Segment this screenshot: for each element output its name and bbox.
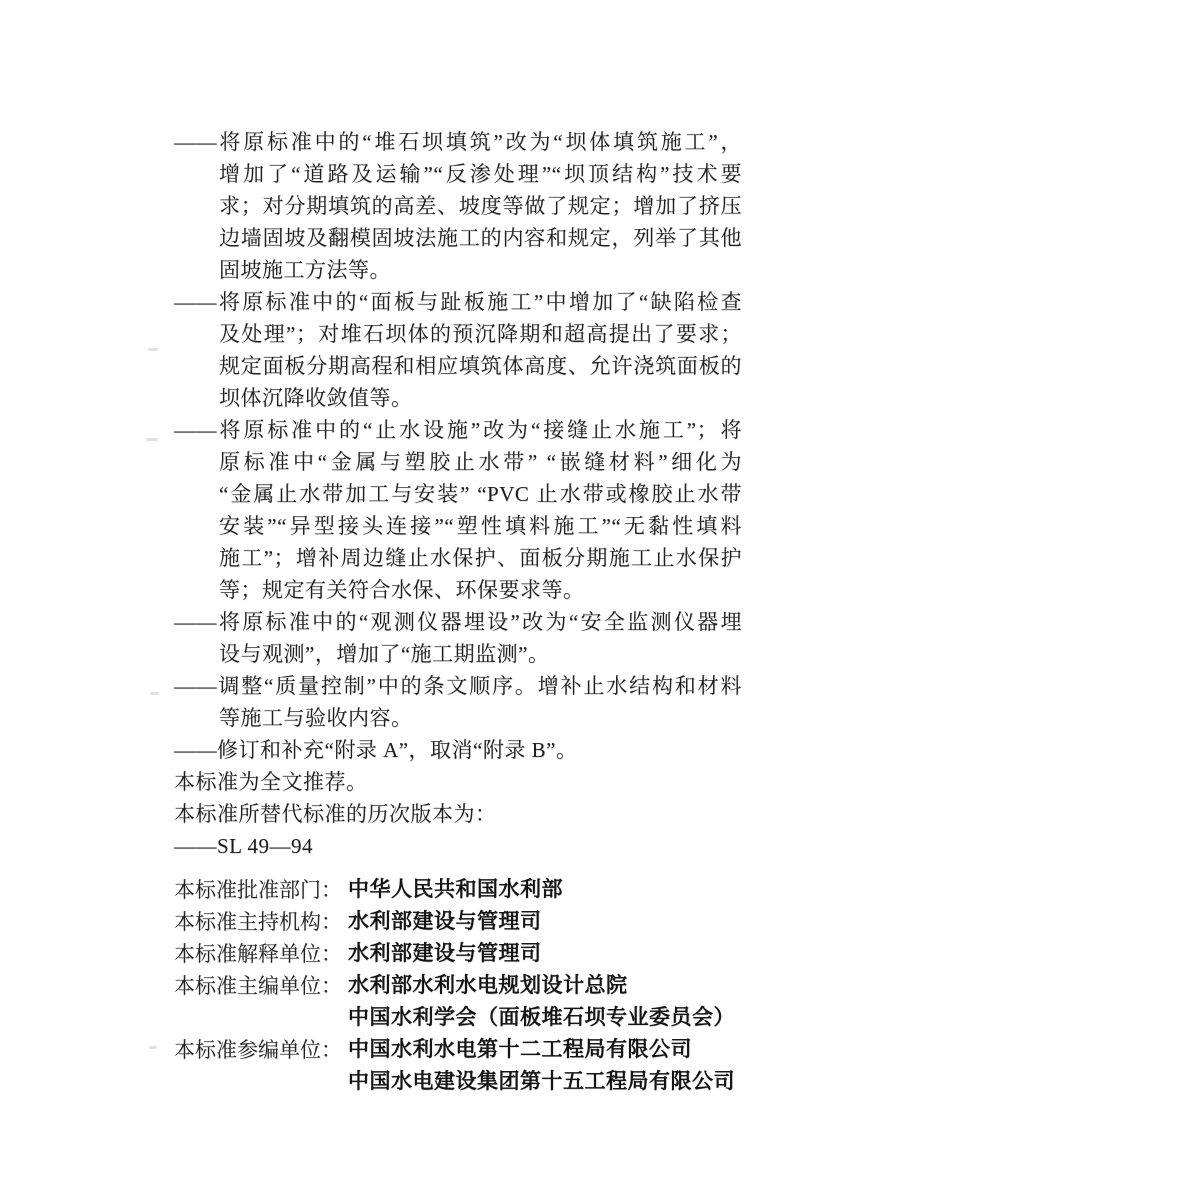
- credit-value: 水利部建设与管理司: [348, 938, 742, 970]
- credit-approving-department: 本标准批准部门：中华人民共和国水利部: [174, 874, 742, 906]
- credit-interpreting-unit: 本标准解释单位：水利部建设与管理司: [174, 938, 742, 970]
- revision-line: 求；对分期填筑的高差、坡度等做了规定；增加了挤压: [174, 190, 742, 222]
- revision-line: ——将原标准中的“堆石坝填筑”改为“坝体填筑施工”，: [174, 126, 742, 158]
- scan-artifact: [146, 438, 158, 441]
- credit-values: 水利部建设与管理司: [348, 906, 742, 938]
- credit-participating-unit: 本标准参编单位：中国水利水电第十二工程局有限公司中国水电建设集团第十五工程局有限…: [174, 1034, 742, 1098]
- revision-line: ——将原标准中的“观测仪器埋设”改为“安全监测仪器埋: [174, 606, 742, 638]
- revision-line: 增加了“道路及运输”“反渗处理”“坝顶结构”技术要: [174, 158, 742, 190]
- revision-list: ——将原标准中的“堆石坝填筑”改为“坝体填筑施工”，增加了“道路及运输”“反渗处…: [174, 126, 742, 766]
- credit-values: 水利部水利水电规划设计总院中国水利学会（面板堆石坝专业委员会）: [348, 970, 742, 1034]
- revision-line: 及处理”；对堆石坝体的预沉降期和超高提出了要求；: [174, 318, 742, 350]
- note-replaced-history: 本标准所替代标准的历次版本为：: [174, 798, 742, 830]
- credit-value: 中国水利水电第十二工程局有限公司: [348, 1034, 742, 1066]
- credit-label: 本标准批准部门：: [174, 874, 348, 906]
- credit-values: 中国水利水电第十二工程局有限公司中国水电建设集团第十五工程局有限公司: [348, 1034, 742, 1098]
- credit-values: 水利部建设与管理司: [348, 938, 742, 970]
- revision-item-2: ——将原标准中的“面板与趾板施工”中增加了“缺陷检查及处理”；对堆石坝体的预沉降…: [174, 286, 742, 414]
- credit-values: 中华人民共和国水利部: [348, 874, 742, 906]
- note-full-text-recommendation: 本标准为全文推荐。: [174, 766, 742, 798]
- revision-line: 等施工与验收内容。: [174, 702, 742, 734]
- revision-line: 坝体沉降收敛值等。: [174, 382, 742, 414]
- revision-item-5: ——调整“质量控制”中的条文顺序。增补止水结构和材料等施工与验收内容。: [174, 670, 742, 734]
- credit-chief-editing-unit: 本标准主编单位：水利部水利水电规划设计总院中国水利学会（面板堆石坝专业委员会）: [174, 970, 742, 1034]
- revision-line: 规定面板分期高程和相应填筑体高度、允许浇筑面板的: [174, 350, 742, 382]
- revision-line: ——修订和补充“附录 A”，取消“附录 B”。: [174, 734, 742, 766]
- credit-value: 中国水电建设集团第十五工程局有限公司: [348, 1066, 742, 1098]
- revision-line: “金属止水带加工与安装” “PVC 止水带或橡胶止水带: [174, 478, 742, 510]
- revision-line: ——将原标准中的“止水设施”改为“接缝止水施工”；将: [174, 414, 742, 446]
- revision-item-1: ——将原标准中的“堆石坝填筑”改为“坝体填筑施工”，增加了“道路及运输”“反渗处…: [174, 126, 742, 286]
- credit-label: 本标准参编单位：: [174, 1034, 348, 1066]
- revision-line: 固坡施工方法等。: [174, 254, 742, 286]
- note-previous-edition: ——SL 49—94: [174, 830, 742, 862]
- notes-section: 本标准为全文推荐。本标准所替代标准的历次版本为：——SL 49—94: [174, 766, 742, 862]
- text-block: ——将原标准中的“堆石坝填筑”改为“坝体填筑施工”，增加了“道路及运输”“反渗处…: [174, 126, 742, 1098]
- revision-line: 原标准中“金属与塑胶止水带” “嵌缝材料”细化为: [174, 446, 742, 478]
- revision-item-3: ——将原标准中的“止水设施”改为“接缝止水施工”；将原标准中“金属与塑胶止水带”…: [174, 414, 742, 606]
- credit-label: 本标准解释单位：: [174, 938, 348, 970]
- revision-line: 等；规定有关符合水保、环保要求等。: [174, 574, 742, 606]
- credit-hosting-organization: 本标准主持机构：水利部建设与管理司: [174, 906, 742, 938]
- revision-item-4: ——将原标准中的“观测仪器埋设”改为“安全监测仪器埋设与观测”，增加了“施工期监…: [174, 606, 742, 670]
- credit-label: 本标准主持机构：: [174, 906, 348, 938]
- credit-value: 水利部建设与管理司: [348, 906, 742, 938]
- scan-artifact: [150, 692, 159, 695]
- credit-value: 中国水利学会（面板堆石坝专业委员会）: [348, 1002, 742, 1034]
- credit-label: 本标准主编单位：: [174, 970, 348, 1002]
- revision-line: ——调整“质量控制”中的条文顺序。增补止水结构和材料: [174, 670, 742, 702]
- revision-line: ——将原标准中的“面板与趾板施工”中增加了“缺陷检查: [174, 286, 742, 318]
- scan-artifact: [148, 348, 158, 351]
- revision-line: 施工”；增补周边缝止水保护、面板分期施工止水保护: [174, 542, 742, 574]
- scan-artifact: [149, 1046, 157, 1049]
- revision-item-6: ——修订和补充“附录 A”，取消“附录 B”。: [174, 734, 742, 766]
- credit-value: 水利部水利水电规划设计总院: [348, 970, 742, 1002]
- revision-line: 边墙固坡及翻模固坡法施工的内容和规定，列举了其他: [174, 222, 742, 254]
- revision-line: 安装”“异型接头连接”“塑性填料施工”“无黏性填料: [174, 510, 742, 542]
- document-page: ——将原标准中的“堆石坝填筑”改为“坝体填筑施工”，增加了“道路及运输”“反渗处…: [0, 0, 1200, 1200]
- credit-value: 中华人民共和国水利部: [348, 874, 742, 906]
- credits-section: 本标准批准部门：中华人民共和国水利部本标准主持机构：水利部建设与管理司本标准解释…: [174, 874, 742, 1098]
- revision-line: 设与观测”，增加了“施工期监测”。: [174, 638, 742, 670]
